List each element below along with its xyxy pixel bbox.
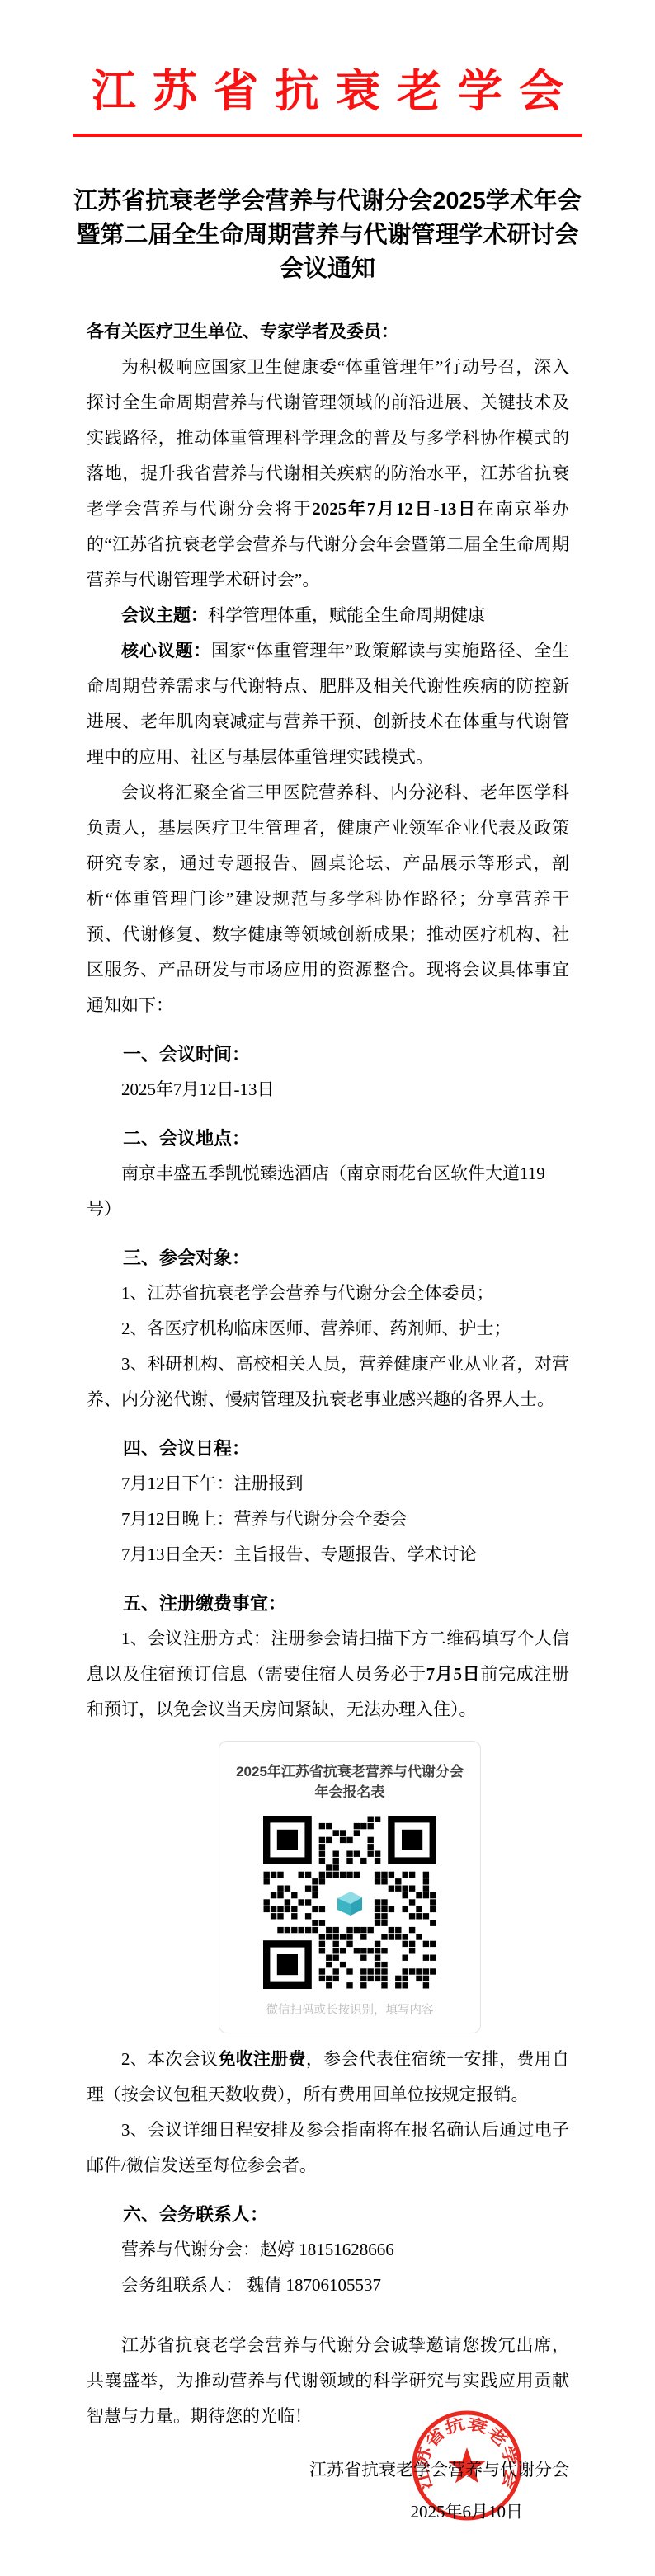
signature-organization: 江苏省抗衰老学会营养与代谢分会 — [87, 2452, 569, 2488]
qr-code — [263, 1816, 436, 1989]
meeting-venue: 南京丰盛五季凯悦臻选酒店（南京雨花台区软件大道119号） — [87, 1156, 569, 1227]
section-heading-contacts: 六、会务联系人： — [87, 2197, 569, 2232]
registration-item-2-text: 2、本次会议 — [121, 2049, 218, 2069]
document-title-line-1: 江苏省抗衰老学会营养与代谢分会2025学术年会 — [0, 185, 655, 219]
section-heading-agenda: 四、会议日程： — [87, 1431, 569, 1466]
qr-card-title: 2025年江苏省抗衰老营养与代谢分会年会报名表 — [234, 1761, 465, 1803]
registration-qr-card: 2025年江苏省抗衰老营养与代谢分会年会报名表 微信扫码或长按识别，填写内容 — [219, 1741, 481, 2033]
contact-line-2: 会务组联系人： 魏倩 18706105537 — [87, 2268, 569, 2303]
meeting-theme-text: 科学管理体重，赋能全生命周期健康 — [208, 605, 485, 625]
meeting-theme-line: 会议主题：科学管理体重，赋能全生命周期健康 — [87, 598, 569, 633]
intro-paragraph-2: 会议将汇聚全省三甲医院营养科、内分泌科、老年医学科负责人，基层医疗卫生管理者，健… — [87, 775, 569, 1023]
attendees-item-1: 1、江苏省抗衰老学会营养与代谢分会全体委员； — [87, 1276, 569, 1311]
document-body: 各有关医疗卫生单位、专家学者及委员： 为积极响应国家卫生健康委“体重管理年”行动… — [0, 314, 655, 2530]
meeting-theme-label: 会议主题： — [121, 605, 208, 625]
document-title-line-2: 暨第二届全生命周期营养与代谢管理学术研讨会 — [0, 219, 655, 252]
attendees-item-2: 2、各医疗机构临床医师、营养师、药剂师、护士； — [87, 1311, 569, 1347]
core-topics-line: 核心议题：国家“体重管理年”政策解读与实施路径、全生命周期营养需求与代谢特点、肥… — [87, 633, 569, 775]
registration-item-2: 2、本次会议免收注册费，参会代表住宿统一安排，费用自理（按会议包租天数收费），所… — [87, 2042, 569, 2113]
section-heading-venue: 二、会议地点： — [87, 1121, 569, 1156]
free-registration-emphasis: 免收注册费 — [218, 2049, 306, 2069]
document-title-line-3: 会议通知 — [0, 252, 655, 286]
document-title: 江苏省抗衰老学会营养与代谢分会2025学术年会 暨第二届全生命周期营养与代谢管理… — [0, 185, 655, 286]
qr-card-caption: 微信扫码或长按识别，填写内容 — [234, 2000, 465, 2018]
attendees-item-3: 3、科研机构、高校相关人员，营养健康产业从业者，对营养、内分泌代谢、慢病管理及抗… — [87, 1347, 569, 1417]
contact-line-1: 营养与代谢分会：赵婷 18151628666 — [87, 2232, 569, 2268]
registration-deadline: 7月5日 — [426, 1664, 481, 1684]
closing-paragraph: 江苏省抗衰老学会营养与代谢分会诚挚邀请您拨冗出席，共襄盛举，为推动营养与代谢领域… — [87, 2328, 569, 2434]
registration-item-1: 1、会议注册方式：注册参会请扫描下方二维码填写个人信息以及住宿预订信息（需要住宿… — [87, 1621, 569, 1728]
intro-paragraph-1-text: 为积极响应国家卫生健康委“体重管理年”行动号召，深入探讨全生命周期营养与代谢管理… — [87, 357, 569, 519]
agenda-item-2: 7月12日晚上：营养与代谢分会全委会 — [87, 1502, 569, 1537]
qr-logo-cube-icon — [328, 1881, 371, 1924]
letterhead-divider — [73, 134, 582, 137]
meeting-time: 2025年7月12日-13日 — [87, 1072, 569, 1107]
intro-paragraph-1: 为积极响应国家卫生健康委“体重管理年”行动号召，深入探讨全生命周期营养与代谢管理… — [87, 350, 569, 598]
signature-date: 2025年6月10日 — [87, 2494, 569, 2530]
document-page: { "colors": { "accent_red": "#fa1212", "… — [0, 0, 655, 2576]
intro-paragraph-1-dates: 2025年7月12日-13日 — [312, 499, 477, 519]
core-topics-label: 核心议题： — [121, 641, 211, 660]
section-heading-attendees: 三、参会对象： — [87, 1240, 569, 1276]
agenda-item-3: 7月13日全天：主旨报告、专题报告、学术讨论 — [87, 1537, 569, 1572]
section-heading-time: 一、会议时间： — [87, 1037, 569, 1072]
letterhead-org-title: 江苏省抗衰老学会 — [0, 66, 655, 117]
agenda-item-1: 7月12日下午：注册报到 — [87, 1466, 569, 1502]
registration-item-3: 3、会议详细日程安排及参会指南将在报名确认后通过电子邮件/微信发送至每位参会者。 — [87, 2113, 569, 2183]
section-heading-registration: 五、注册缴费事宜： — [87, 1586, 569, 1621]
salutation: 各有关医疗卫生单位、专家学者及委员： — [87, 314, 569, 350]
